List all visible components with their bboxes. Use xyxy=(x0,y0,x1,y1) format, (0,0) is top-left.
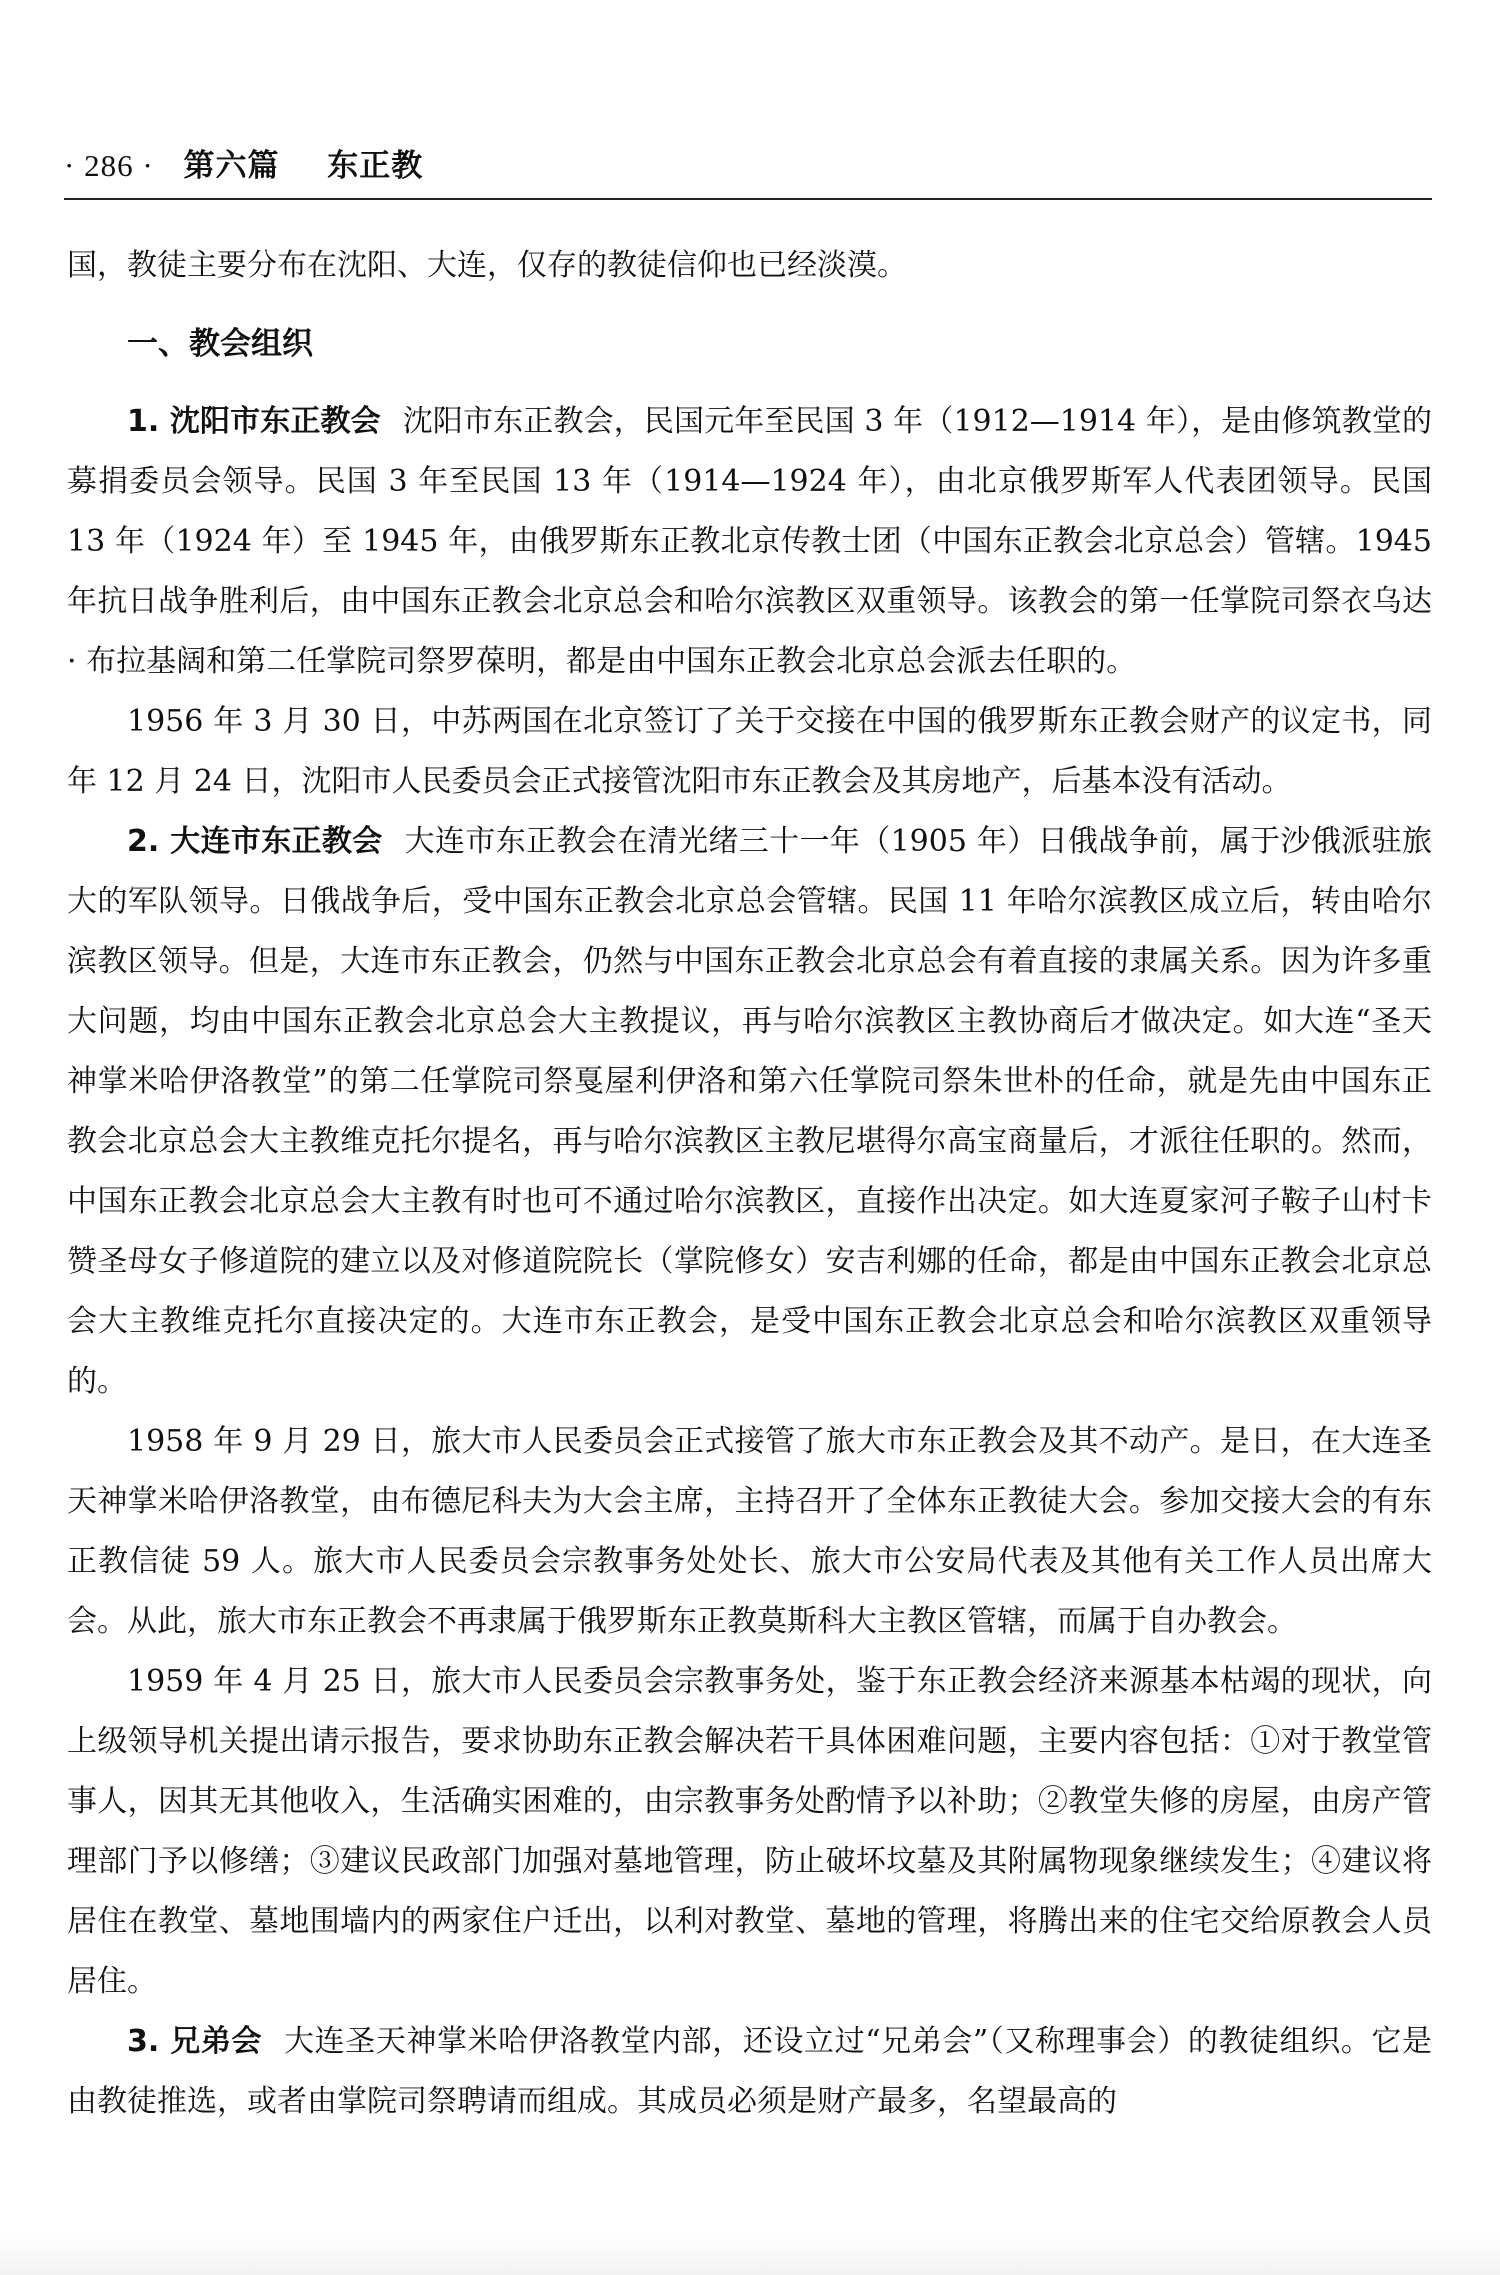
section-heading: 一、教会组织 xyxy=(67,314,1432,374)
paragraph-1959: 1959 年 4 月 25 日，旅大市人民委员会宗教事务处，鉴于东正教会经济来源… xyxy=(67,1652,1432,2012)
paragraph-1958: 1958 年 9 月 29 日，旅大市人民委员会正式接管了旅大市东正教会及其不动… xyxy=(67,1412,1432,1652)
paragraph-text: 大连市东正教会在清光绪三十一年（1905 年）日俄战争前，属于沙俄派驻旅大的军队… xyxy=(67,824,1432,1399)
paragraph-text: 1956 年 3 月 30 日，中苏两国在北京签订了关于交接在中国的俄罗斯东正教… xyxy=(67,704,1432,799)
paragraph-text: 大连圣天神掌米哈伊洛教堂内部，还设立过“兄弟会”（又称理事会）的教徒组织。它是由… xyxy=(67,2024,1432,2119)
item-lead: 3. 兄弟会 xyxy=(127,2024,262,2059)
scan-edge xyxy=(0,2235,1500,2275)
item-lead: 2. 大连市东正教会 xyxy=(127,824,383,859)
intro-paragraph: 国，教徒主要分布在沈阳、大连，仅存的教徒信仰也已经淡漠。 xyxy=(67,236,1432,296)
header-rule xyxy=(64,198,1432,200)
item-lead: 1. 沈阳市东正教会 xyxy=(127,404,381,439)
running-header: · 286 · 第六篇 东正教 xyxy=(64,140,1434,190)
paragraph-dalian: 2. 大连市东正教会大连市东正教会在清光绪三十一年（1905 年）日俄战争前，属… xyxy=(67,812,1432,1412)
section-title: 东正教 xyxy=(327,148,423,184)
paragraph-text: 1958 年 9 月 29 日，旅大市人民委员会正式接管了旅大市东正教会及其不动… xyxy=(67,1424,1432,1639)
paragraph-1956: 1956 年 3 月 30 日，中苏两国在北京签订了关于交接在中国的俄罗斯东正教… xyxy=(67,692,1432,812)
paragraph-shenyang: 1. 沈阳市东正教会沈阳市东正教会，民国元年至民国 3 年（1912—1914 … xyxy=(67,392,1432,692)
paragraph-brotherhood: 3. 兄弟会大连圣天神掌米哈伊洛教堂内部，还设立过“兄弟会”（又称理事会）的教徒… xyxy=(67,2012,1432,2132)
book-page: · 286 · 第六篇 东正教 国，教徒主要分布在沈阳、大连，仅存的教徒信仰也已… xyxy=(0,0,1500,2275)
part-title: 第六篇 xyxy=(183,148,279,184)
page-number: · 286 · xyxy=(64,148,154,183)
page-body: 国，教徒主要分布在沈阳、大连，仅存的教徒信仰也已经淡漠。 一、教会组织 1. 沈… xyxy=(67,236,1432,2132)
paragraph-text: 沈阳市东正教会，民国元年至民国 3 年（1912—1914 年），是由修筑教堂的… xyxy=(67,404,1432,679)
paragraph-text: 1959 年 4 月 25 日，旅大市人民委员会宗教事务处，鉴于东正教会经济来源… xyxy=(67,1664,1432,1999)
